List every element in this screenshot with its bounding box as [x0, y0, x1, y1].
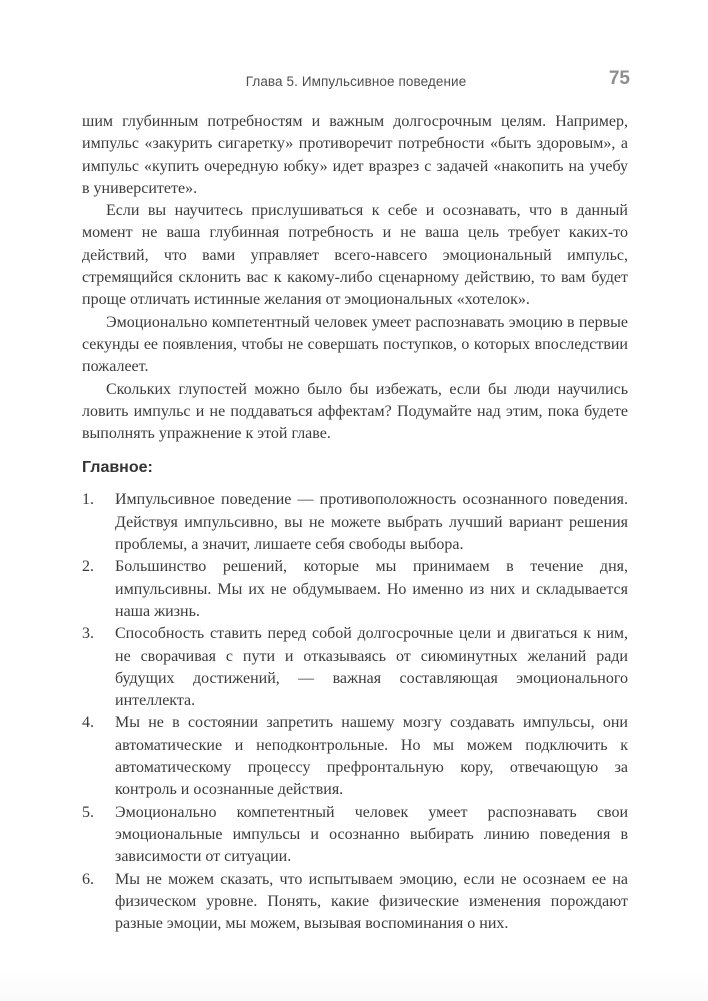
list-item-number: 4.	[82, 712, 115, 734]
list-item: 6. Мы не можем сказать, что испытываем э…	[82, 869, 628, 936]
book-page: Глава 5. Импульсивное поведение 75 шим г…	[0, 0, 708, 1001]
list-item-text: Большинство решений, которые мы принимае…	[115, 556, 628, 623]
section-heading: Главное:	[82, 457, 628, 479]
paragraph-continuation: шим глубинным потребностям и важным долг…	[82, 111, 628, 200]
list-item: 1. Импульсивное поведение — противополож…	[82, 489, 628, 556]
list-item-number: 6.	[82, 869, 115, 891]
list-item-text: Мы не можем сказать, что испытываем эмоц…	[115, 869, 628, 936]
list-item: 4. Мы не в состоянии запретить нашему мо…	[82, 712, 628, 801]
list-item-number: 5.	[82, 802, 115, 824]
list-item: 5. Эмоционально компетентный человек уме…	[82, 802, 628, 869]
chapter-title: Глава 5. Импульсивное поведение	[82, 74, 630, 90]
list-item-text: Импульсивное поведение — противоположнос…	[115, 489, 628, 556]
list-item-number: 3.	[82, 623, 115, 645]
list-item: 2. Большинство решений, которые мы прини…	[82, 556, 628, 623]
list-item-text: Эмоционально компетентный человек умеет …	[115, 802, 628, 869]
list-item-text: Способность ставить перед собой долгосро…	[115, 623, 628, 712]
text-block: шим глубинным потребностям и важным долг…	[82, 111, 628, 935]
list-item: 3. Способность ставить перед собой долго…	[82, 623, 628, 712]
running-header: Глава 5. Импульсивное поведение 75	[82, 68, 630, 94]
paragraph: Если вы научитесь прислушиваться к себе …	[82, 200, 628, 311]
list-item-number: 2.	[82, 556, 115, 578]
list-item-text: Мы не в состоянии запретить нашему мозгу…	[115, 712, 628, 801]
paragraph: Скольких глупостей можно было бы избежат…	[82, 379, 628, 446]
list-item-number: 1.	[82, 489, 115, 511]
page-number: 75	[609, 68, 630, 90]
summary-list: 1. Импульсивное поведение — противополож…	[82, 489, 628, 935]
paragraph: Эмоционально компетентный человек умеет …	[82, 312, 628, 379]
